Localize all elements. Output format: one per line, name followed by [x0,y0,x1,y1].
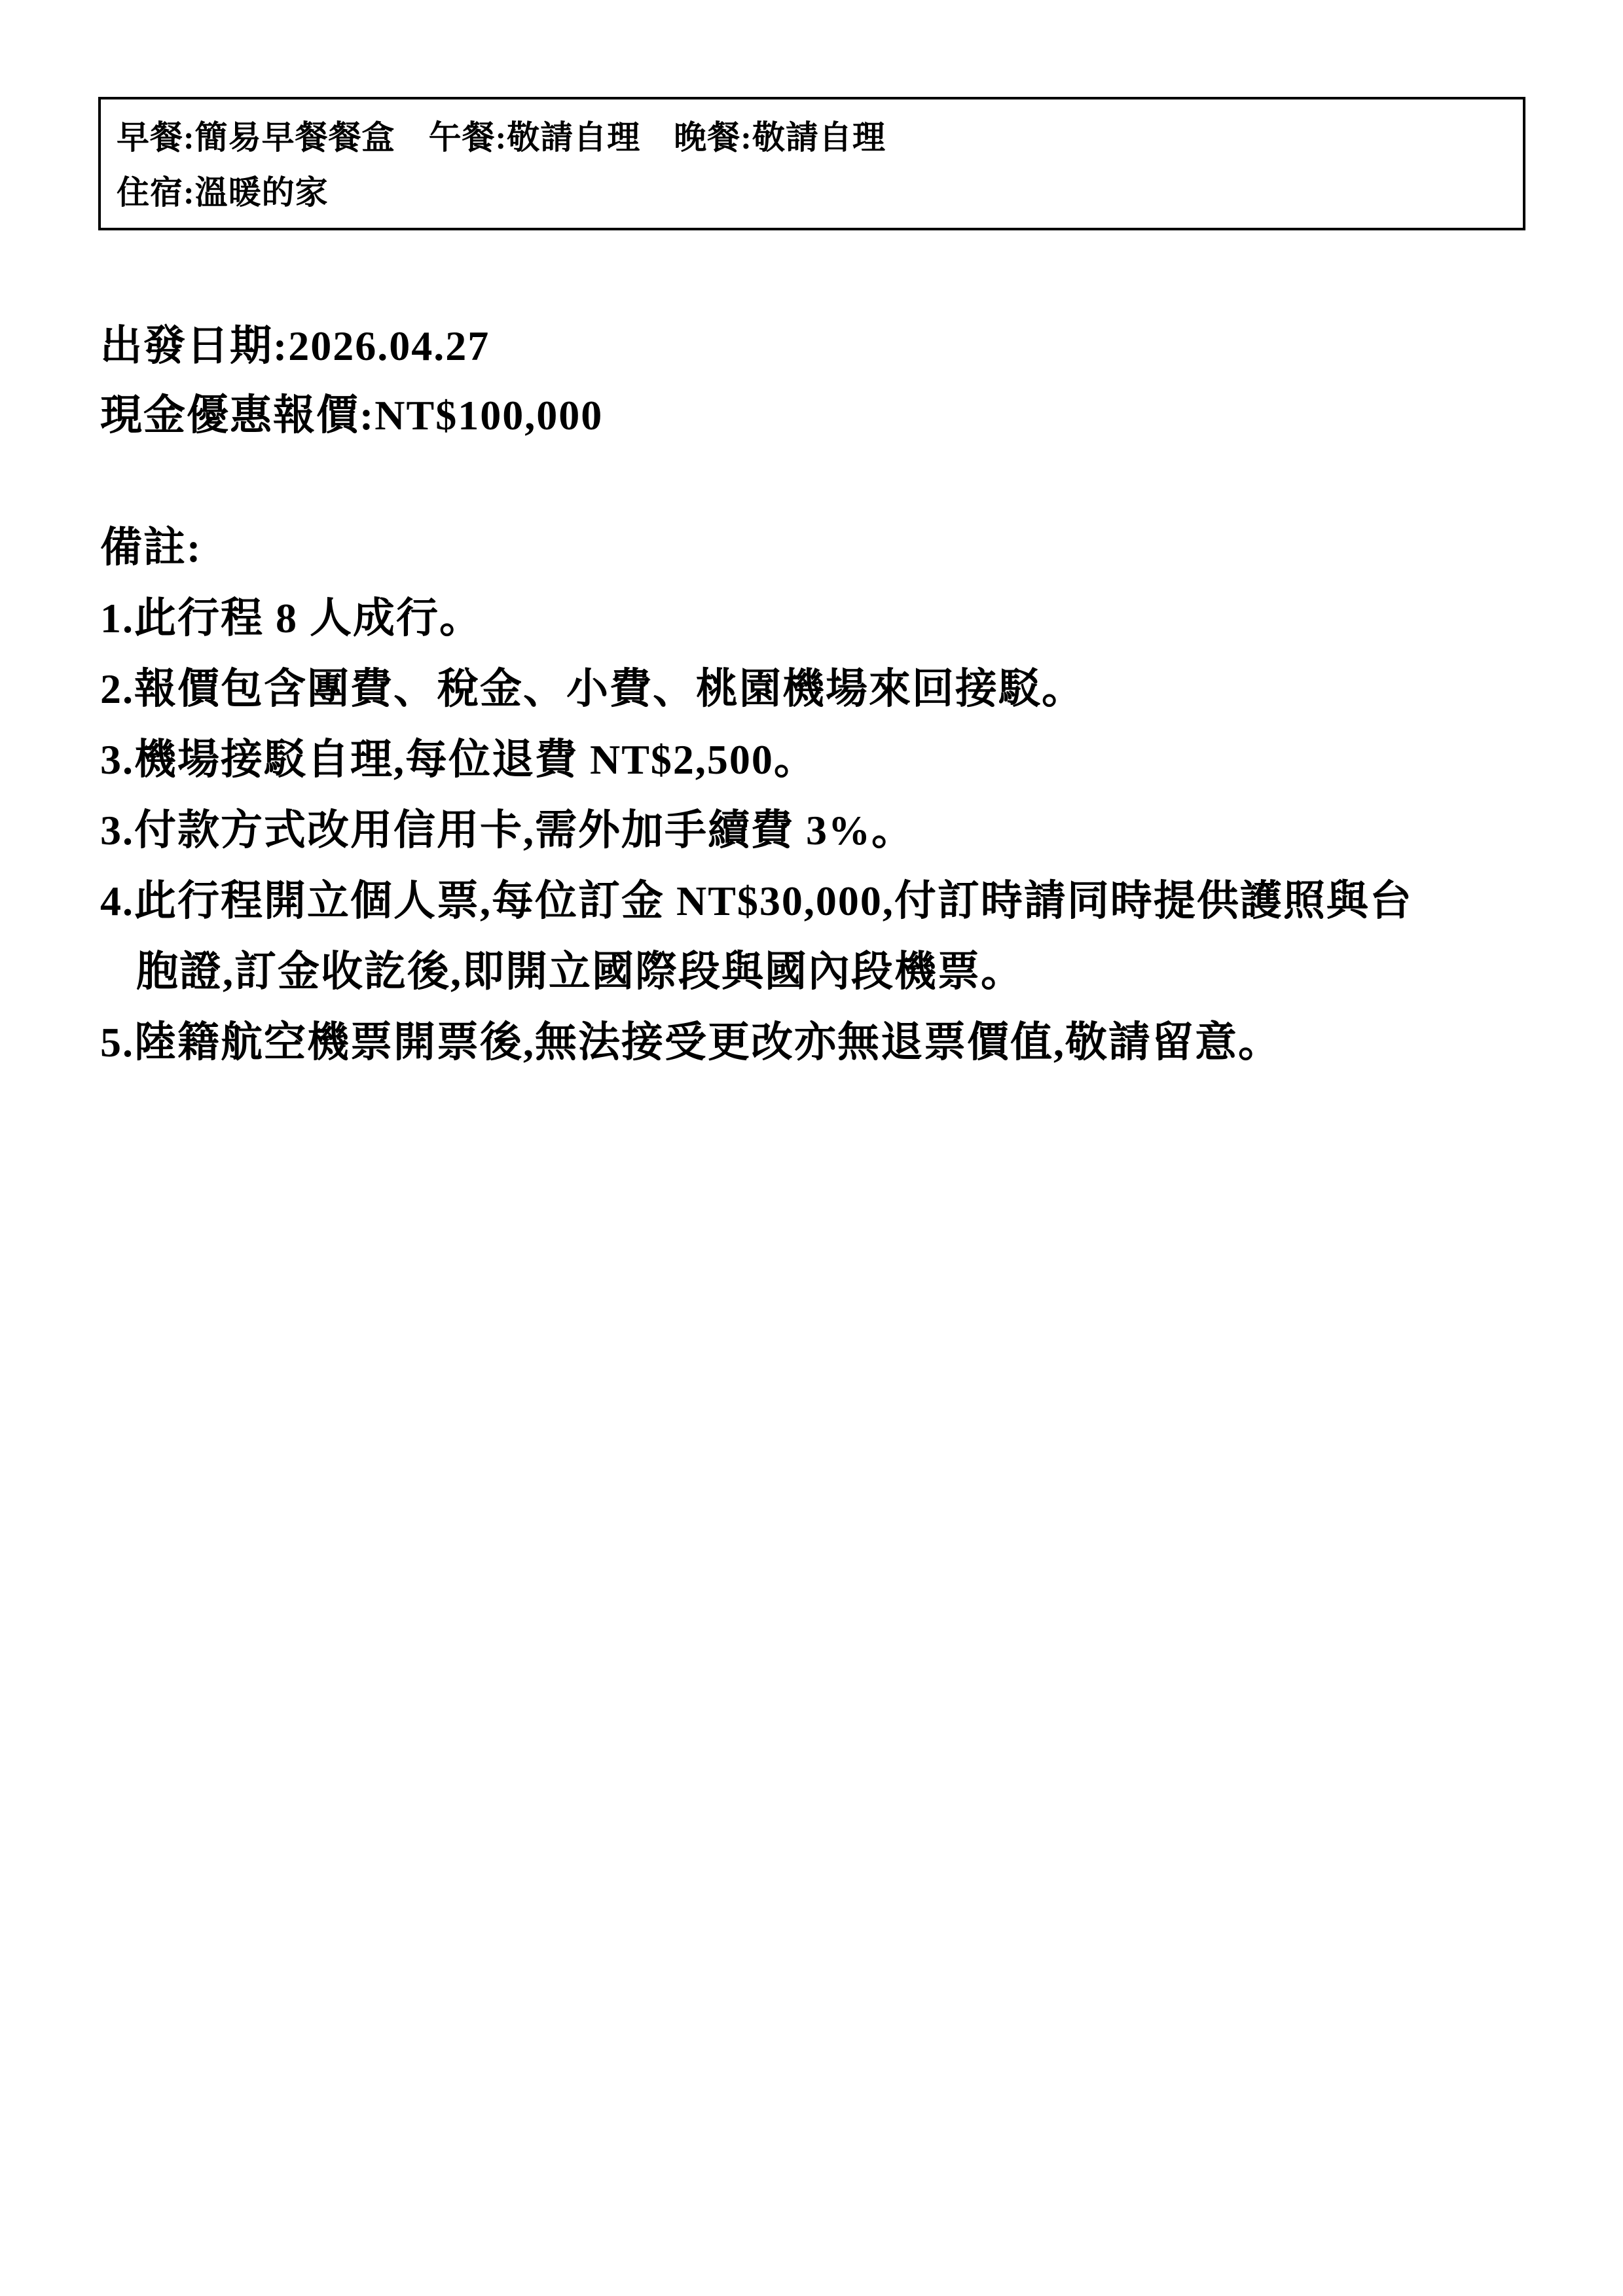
note-line: 1.此行程 8 人成行。 [100,583,1544,654]
note-line: 5.陸籍航空機票開票後,無法接受更改亦無退票價值,敬請留意。 [100,1007,1544,1078]
departure-date-line: 出發日期:2026.04.27 [100,312,1531,381]
note-line: 3.機場接駁自理,每位退費 NT$2,500。 [100,725,1544,795]
departure-section: 出發日期:2026.04.27 現金優惠報價:NT$100,000 [100,312,1531,450]
lodging-line: 住宿:溫暖的家 [117,165,1507,220]
note-line-continuation: 胞證,訂金收訖後,即開立國際段與國內段機票。 [100,937,1544,1007]
meal-lodging-box: 早餐:簡易早餐餐盒 午餐:敬請自理 晚餐:敬請自理 住宿:溫暖的家 [98,97,1525,230]
notes-heading: 備註: [100,512,1544,583]
cash-price-line: 現金優惠報價:NT$100,000 [100,381,1531,450]
document-page: 早餐:簡易早餐餐盒 午餐:敬請自理 晚餐:敬請自理 住宿:溫暖的家 出發日期:2… [0,0,1623,2296]
note-line: 2.報價包含團費、稅金、小費、桃園機場來回接駁。 [100,654,1544,725]
notes-section: 備註: 1.此行程 8 人成行。 2.報價包含團費、稅金、小費、桃園機場來回接駁… [100,512,1544,1078]
note-line: 4.此行程開立個人票,每位訂金 NT$30,000,付訂時請同時提供護照與台 [100,866,1544,937]
meal-line: 早餐:簡易早餐餐盒 午餐:敬請自理 晚餐:敬請自理 [117,110,1507,165]
note-line: 3.付款方式改用信用卡,需外加手續費 3%。 [100,795,1544,866]
